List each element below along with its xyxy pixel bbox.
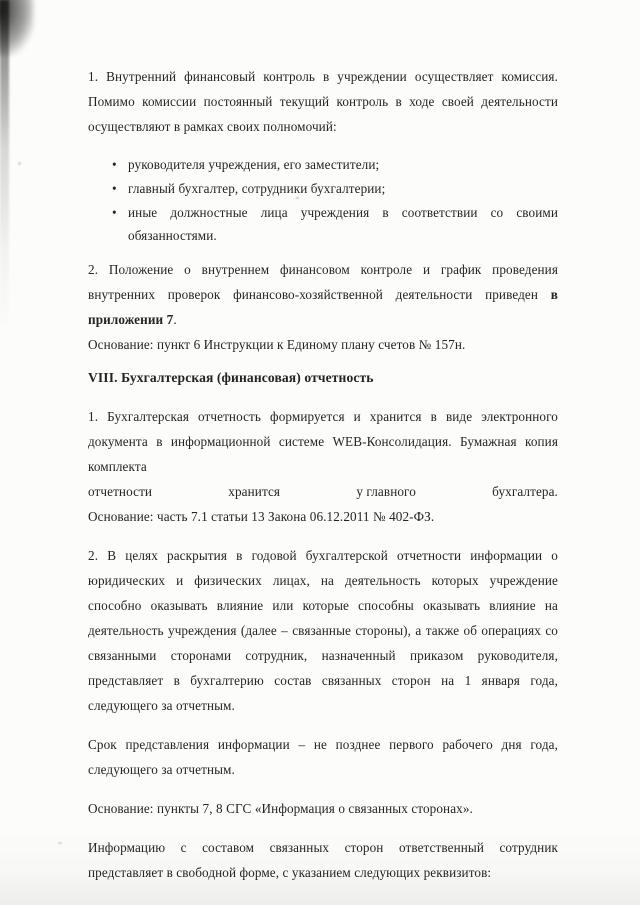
list-item: • руководителя учреждения, его заместите… [88, 153, 558, 176]
bullet-text: иные должностные лица учреждения в соотв… [128, 201, 558, 247]
list-item: • главный бухгалтер, сотрудники бухгалте… [88, 177, 558, 200]
document-page: 1. Внутренний финансовый контроль в учре… [0, 0, 640, 905]
spread-word: бухгалтера. [492, 479, 558, 504]
section-heading: VIII. Бухгалтерская (финансовая) отчетно… [88, 365, 558, 390]
basis-line-sgs: Основание: пункты 7, 8 СГС «Информация о… [88, 796, 558, 821]
paragraph-free-form: Информацию с составом связанных сторон о… [88, 835, 558, 885]
regulation-period: . [173, 312, 176, 327]
basis-line-402fz: Основание: часть 7.1 статьи 13 Закона 06… [88, 504, 558, 529]
bullet-icon: • [88, 153, 128, 176]
document-content: 1. Внутренний финансовый контроль в учре… [88, 64, 558, 899]
spread-word: отчетности [88, 479, 152, 504]
paragraph-internal-control: 1. Внутренний финансовый контроль в учре… [88, 64, 558, 139]
bullet-icon: • [88, 201, 128, 247]
bullet-list: • руководителя учреждения, его заместите… [88, 153, 558, 247]
regulation-text: 2. Положение о внутреннем финансовом кон… [88, 262, 558, 302]
paragraph-regulation: 2. Положение о внутреннем финансовом кон… [88, 257, 558, 332]
paragraph-related-parties: 2. В целях раскрытия в годовой бухгалтер… [88, 543, 558, 718]
bullet-text: главный бухгалтер, сотрудники бухгалтери… [128, 177, 558, 200]
paragraph-reporting: 1. Бухгалтерская отчетность формируется … [88, 404, 558, 479]
scan-artifact-corner [0, 0, 34, 56]
scan-speck [58, 842, 62, 844]
spread-word: хранится [228, 479, 280, 504]
spread-line: отчетности хранится у главного бухгалтер… [88, 479, 558, 504]
spread-word: у главного [356, 479, 416, 504]
list-item: • иные должностные лица учреждения в соо… [88, 201, 558, 247]
basis-line-157n: Основание: пункт 6 Инструкции к Единому … [88, 332, 558, 357]
scan-artifact-left-edge [0, 0, 9, 330]
bullet-text: руководителя учреждения, его заместители… [128, 153, 558, 176]
scan-speck [18, 162, 21, 165]
paragraph-deadline: Срок представления информации – не поздн… [88, 732, 558, 782]
bullet-icon: • [88, 177, 128, 200]
